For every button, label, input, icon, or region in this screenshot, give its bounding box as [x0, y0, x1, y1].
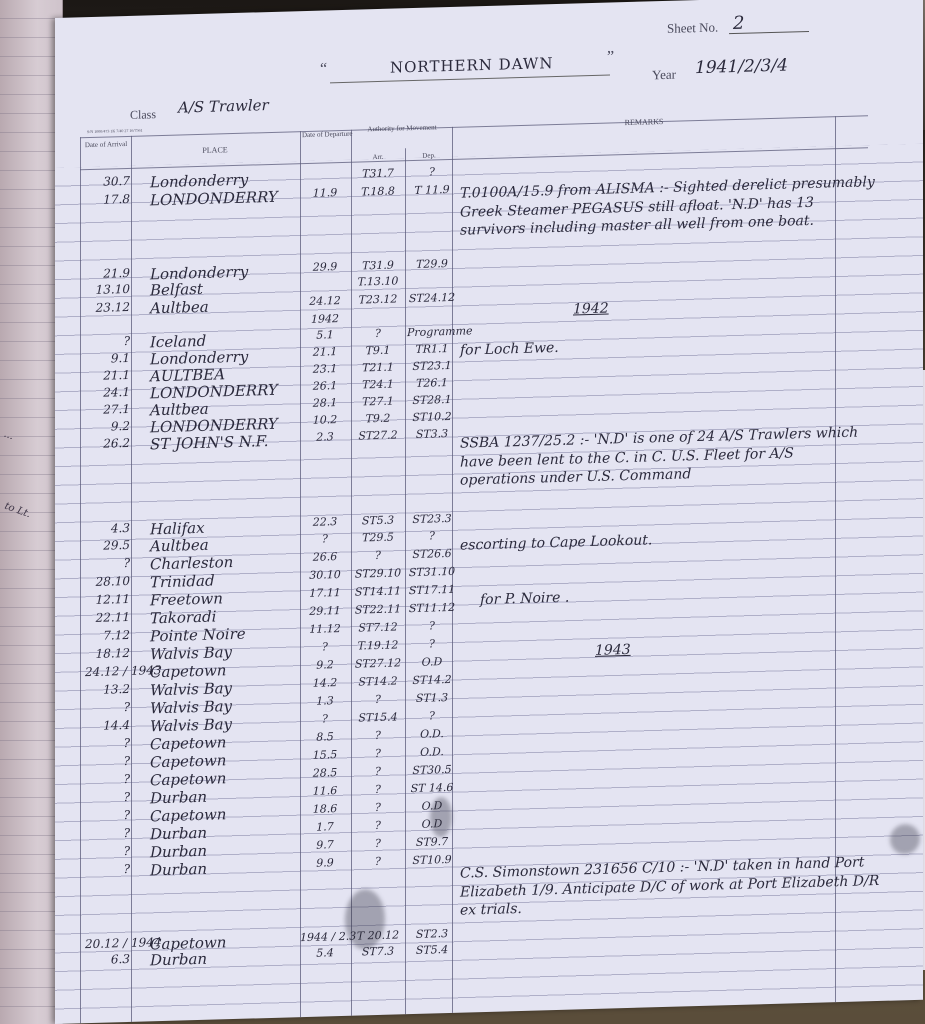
- authority-arrival: ?: [353, 800, 403, 814]
- departure-date: 28.5: [300, 766, 350, 780]
- authority-arrival: ?: [353, 764, 403, 778]
- authority-departure: O.D.: [407, 745, 457, 759]
- year-marker-1943: 1943: [595, 642, 631, 659]
- departure-date: 28.1: [300, 396, 350, 410]
- departure-date: 9.7: [300, 838, 350, 852]
- authority-departure: Programme: [407, 325, 457, 339]
- authority-arrival: ST15.4: [353, 710, 403, 724]
- departure-date: [300, 276, 350, 277]
- authority-departure: T 11.9: [407, 183, 457, 197]
- authority-arrival: [353, 310, 403, 311]
- class-label: Class: [130, 107, 156, 123]
- arrival-date: ?: [85, 862, 130, 877]
- authority-departure: ST28.1: [407, 393, 457, 407]
- place-name: Durban: [150, 824, 207, 844]
- departure-date: 11.9: [300, 186, 350, 200]
- place-name: Aultbea: [150, 298, 209, 318]
- form-code: S/N 1000/473 1K 7/40 27 16/7561: [87, 128, 142, 135]
- authority-departure: ?: [407, 709, 457, 723]
- departure-date: 29.11: [300, 604, 350, 618]
- departure-date: 26.1: [300, 379, 350, 393]
- authority-departure: ST14.2: [407, 673, 457, 687]
- departure-date: 21.1: [300, 345, 350, 359]
- place-name: Durban: [150, 950, 207, 970]
- authority-arrival: ?: [353, 548, 403, 562]
- col-authority-dep: Dep.: [407, 151, 451, 161]
- arrival-date: ?: [85, 790, 130, 805]
- place-name: Charleston: [150, 553, 233, 573]
- departure-date: 1.7: [300, 820, 350, 834]
- authority-arrival: T24.1: [353, 377, 403, 391]
- authority-departure: ST5.4: [407, 943, 457, 957]
- year-label: Year: [652, 67, 676, 84]
- departure-date: ?: [300, 532, 350, 546]
- arrival-date: ?: [85, 844, 130, 859]
- authority-arrival: ST29.10: [353, 566, 403, 580]
- arrival-date: 12.11: [85, 592, 130, 607]
- sheet-label: Sheet No.: [667, 19, 718, 36]
- authority-arrival: T31.9: [353, 258, 403, 272]
- authority-arrival: ST27.2: [353, 428, 403, 442]
- authority-departure: T29.9: [407, 257, 457, 271]
- arrival-date: 29.5: [85, 538, 130, 553]
- authority-arrival: T31.7: [353, 166, 403, 180]
- departure-date: 18.6: [300, 802, 350, 816]
- arrival-date: 6.3: [85, 952, 130, 967]
- departure-date: ?: [300, 640, 350, 654]
- authority-arrival: T.19.12: [353, 638, 403, 652]
- arrival-date: ?: [85, 700, 130, 715]
- departure-date: 10.2: [300, 413, 350, 427]
- place-name: Walvis Bay: [150, 643, 232, 663]
- departure-date: 5.4: [300, 946, 350, 960]
- authority-arrival: ?: [353, 692, 403, 706]
- arrival-date: ?: [85, 334, 130, 349]
- arrival-date: 4.3: [85, 521, 130, 536]
- remark-alisma: T.0100A/15.9 from ALISMA :- Sighted dere…: [460, 173, 880, 241]
- authority-departure: O.D.: [407, 727, 457, 741]
- departure-date: ?: [300, 712, 350, 726]
- authority-arrival: T23.12: [353, 292, 403, 306]
- authority-departure: ST31.10: [407, 565, 457, 579]
- departure-date: 30.10: [300, 568, 350, 582]
- place-name: Durban: [150, 842, 207, 862]
- authority-arrival: ST27.12: [353, 656, 403, 670]
- authority-arrival: ST14.2: [353, 674, 403, 688]
- arrival-date: 9.2: [85, 419, 130, 434]
- departure-date: 11.12: [300, 622, 350, 636]
- arrival-date: 24.12 / 1943: [85, 664, 130, 679]
- place-name: Capetown: [150, 805, 226, 825]
- authority-arrival: T9.1: [353, 343, 403, 357]
- authority-departure: ?: [407, 529, 457, 543]
- arrival-date: ?: [85, 826, 130, 841]
- arrival-date: 28.10: [85, 574, 130, 589]
- authority-departure: ST 14.6: [407, 781, 457, 795]
- authority-departure: ST30.5: [407, 763, 457, 777]
- arrival-date: 13.10: [85, 282, 130, 297]
- authority-arrival: ?: [353, 836, 403, 850]
- authority-departure: ST23.1: [407, 359, 457, 373]
- authority-arrival: T29.5: [353, 530, 403, 544]
- col-authority: Authority for Movement: [353, 123, 451, 135]
- col-place: PLACE: [135, 143, 295, 156]
- authority-departure: TR1.1: [407, 342, 457, 356]
- authority-departure: ST10.2: [407, 410, 457, 424]
- authority-arrival: ST5.3: [353, 513, 403, 527]
- departure-date: 14.2: [300, 676, 350, 690]
- arrival-date: 7.12: [85, 628, 130, 643]
- place-name: Capetown: [150, 661, 226, 681]
- authority-departure: ST24.12: [407, 291, 457, 305]
- departure-date: 9.9: [300, 856, 350, 870]
- authority-arrival: T.13.10: [353, 274, 403, 288]
- authority-departure: ST17.11: [407, 583, 457, 597]
- year-marker-1942: 1942: [573, 301, 609, 318]
- departure-date: 15.5: [300, 748, 350, 762]
- arrival-date: 21.9: [85, 266, 130, 281]
- authority-departure: T26.1: [407, 376, 457, 390]
- ledger-page: Sheet No. 2 “ NORTHERN DAWN ” Year 1941/…: [55, 0, 923, 1024]
- authority-arrival: T27.1: [353, 394, 403, 408]
- arrival-date: 23.12: [85, 300, 130, 315]
- place-name: ST JOHN'S N.F.: [150, 432, 269, 453]
- arrival-date: 30.7: [85, 174, 130, 189]
- place-name: Trinidad: [150, 572, 215, 592]
- departure-date: 26.6: [300, 550, 350, 564]
- col-date-departure: Date of Departure: [302, 130, 350, 140]
- departure-date: 2.3: [300, 430, 350, 444]
- authority-departure: ST23.3: [407, 512, 457, 526]
- authority-departure: O.D: [407, 655, 457, 669]
- departure-date: 23.1: [300, 362, 350, 376]
- arrival-date: 27.1: [85, 402, 130, 417]
- sheet-number: 2: [733, 13, 744, 34]
- place-name: Durban: [150, 860, 207, 880]
- departure-date: [300, 168, 350, 169]
- arrival-date: 13.2: [85, 682, 130, 697]
- col-authority-arr: Arr.: [353, 152, 403, 162]
- arrival-date: [85, 318, 130, 319]
- departure-date: 17.11: [300, 586, 350, 600]
- arrival-date: 21.1: [85, 368, 130, 383]
- arrival-date: 24.1: [85, 385, 130, 400]
- arrival-date: 17.8: [85, 192, 130, 207]
- remark-us-fleet: SSBA 1237/25.2 :- 'N.D' is one of 24 A/S…: [460, 424, 860, 491]
- authority-arrival: T9.2: [353, 411, 403, 425]
- arrival-date: 18.12: [85, 646, 130, 661]
- departure-date: 1942: [300, 312, 350, 326]
- remark-simonstown: C.S. Simonstown 231656 C/10 :- 'N.D' tak…: [460, 853, 880, 921]
- place-name: Capetown: [150, 733, 226, 753]
- authority-departure: [407, 309, 457, 310]
- departure-date: 1944 / 2.3: [300, 930, 350, 944]
- years: 1941/2/3/4: [695, 56, 788, 79]
- arrival-date: ?: [85, 556, 130, 571]
- departure-date: 8.5: [300, 730, 350, 744]
- departure-date: 22.3: [300, 515, 350, 529]
- departure-date: 11.6: [300, 784, 350, 798]
- authority-arrival: ?: [353, 818, 403, 832]
- class-value: A/S Trawler: [178, 96, 269, 117]
- arrival-date: 22.11: [85, 610, 130, 625]
- place-name: Takoradi: [150, 607, 216, 627]
- arrival-date: 14.4: [85, 718, 130, 733]
- authority-departure: ST9.7: [407, 835, 457, 849]
- arrival-date: ?: [85, 772, 130, 787]
- authority-departure: ?: [407, 165, 457, 179]
- arrival-date: 9.1: [85, 351, 130, 366]
- left-page: ... to Lt.: [0, 0, 63, 1024]
- departure-date: 5.1: [300, 328, 350, 342]
- place-name: Capetown: [150, 769, 226, 789]
- departure-date: 29.9: [300, 260, 350, 274]
- authority-departure: [407, 273, 457, 274]
- authority-departure: ST11.12: [407, 601, 457, 615]
- authority-arrival: ?: [353, 854, 403, 868]
- place-name: Belfast: [150, 280, 203, 299]
- place-name: Walvis Bay: [150, 715, 232, 735]
- ship-name: NORTHERN DAWN: [390, 54, 553, 77]
- authority-departure: ST3.3: [407, 427, 457, 441]
- arrival-date: ?: [85, 736, 130, 751]
- authority-arrival: T.18.8: [353, 184, 403, 198]
- departure-date: 1.3: [300, 694, 350, 708]
- authority-arrival: T21.1: [353, 360, 403, 374]
- authority-arrival: ?: [353, 326, 403, 340]
- authority-arrival: ST7.12: [353, 620, 403, 634]
- place-name: Walvis Bay: [150, 679, 232, 699]
- authority-arrival: ?: [353, 746, 403, 760]
- authority-arrival: ST14.11: [353, 584, 403, 598]
- departure-date: 9.2: [300, 658, 350, 672]
- authority-departure: ?: [407, 619, 457, 633]
- arrival-date: ?: [85, 754, 130, 769]
- arrival-date: ?: [85, 808, 130, 823]
- arrival-date: 20.12 / 1944: [85, 936, 130, 951]
- arrival-date: 26.2: [85, 436, 130, 451]
- authority-arrival: ?: [353, 782, 403, 796]
- authority-arrival: ST22.11: [353, 602, 403, 616]
- departure-date: 24.12: [300, 294, 350, 308]
- authority-departure: ST1.3: [407, 691, 457, 705]
- place-name: LONDONDERRY: [150, 188, 278, 210]
- col-date-arrival: Date of Arrival: [83, 140, 129, 150]
- authority-departure: ST26.6: [407, 547, 457, 561]
- place-name: Aultbea: [150, 536, 209, 556]
- place-name: Walvis Bay: [150, 697, 232, 717]
- authority-departure: ST10.9: [407, 853, 457, 867]
- place-name: Freetown: [150, 589, 223, 609]
- col-remarks: REMARKS: [455, 112, 833, 132]
- authority-departure: ST2.3: [407, 927, 457, 941]
- place-name: Capetown: [150, 751, 226, 771]
- authority-arrival: ?: [353, 728, 403, 742]
- place-name: Durban: [150, 788, 207, 808]
- authority-departure: ?: [407, 637, 457, 651]
